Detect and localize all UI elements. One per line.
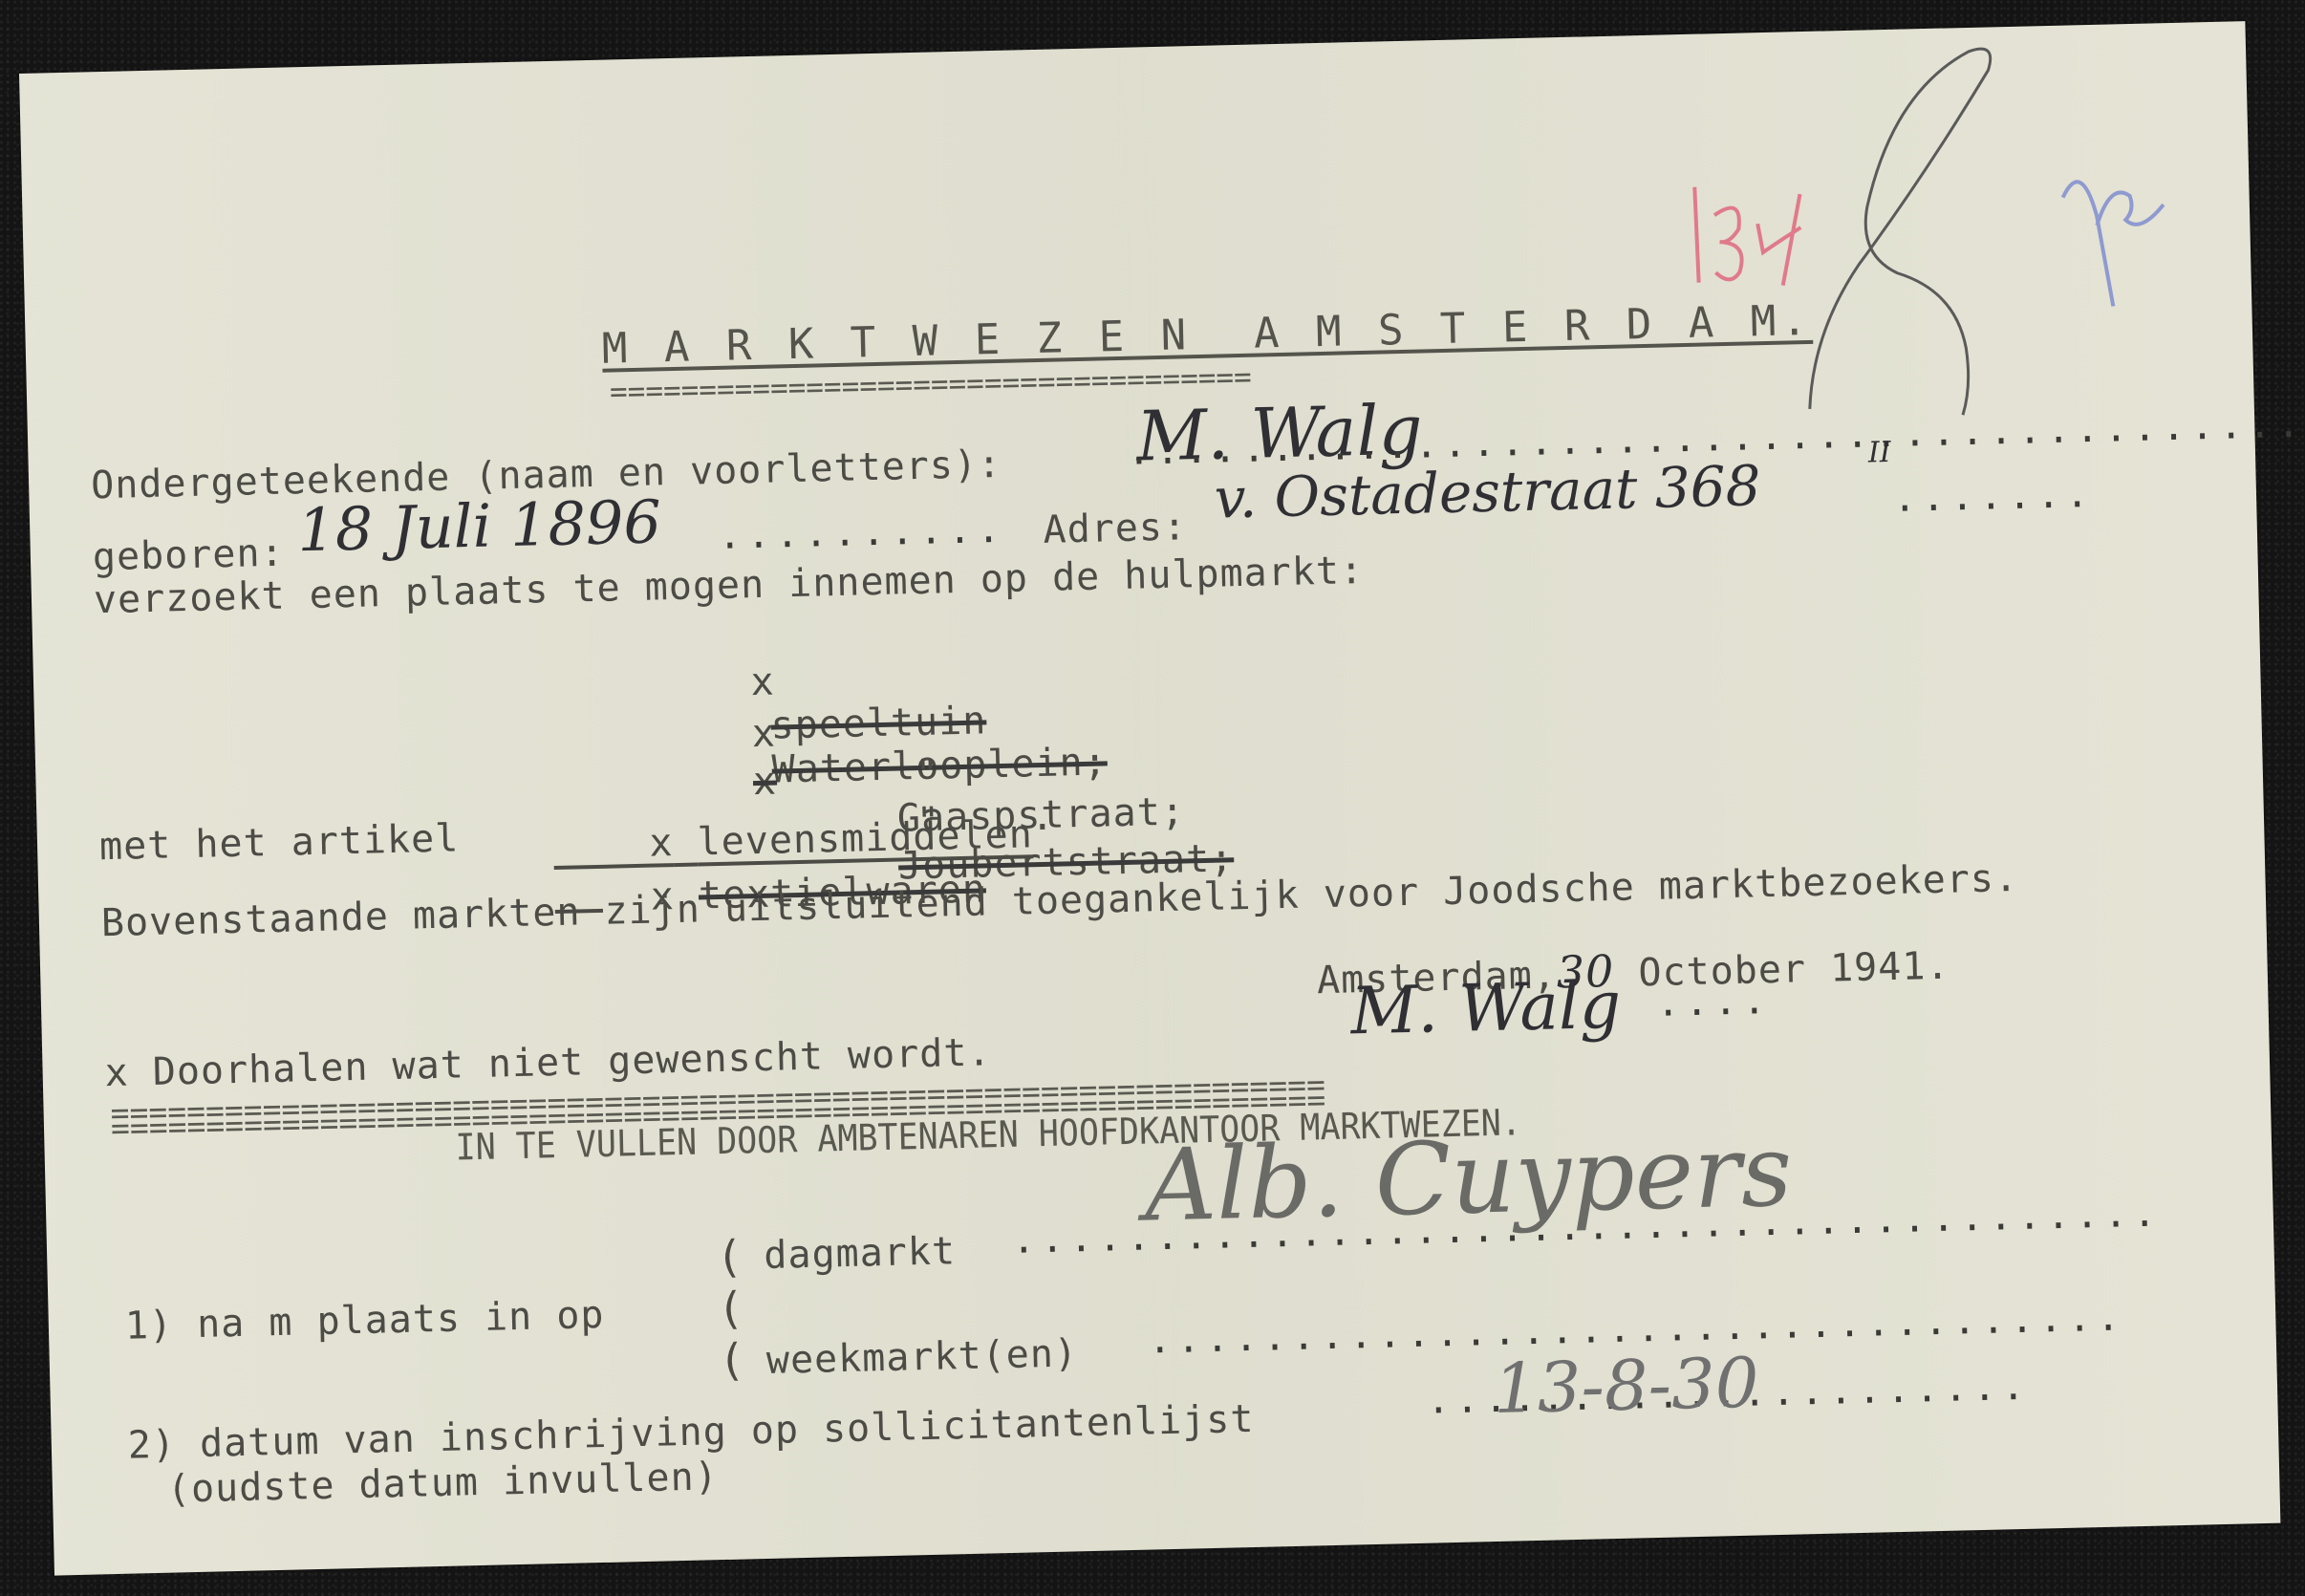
address-label: Adres:: [1043, 505, 1188, 552]
born-value: 18 Juli 1896: [296, 486, 661, 565]
pencil-loop-mark: [1787, 40, 2044, 419]
address-value: v. Ostadestraat 368: [1214, 453, 1761, 530]
article-period: .: [1030, 795, 1055, 840]
brace-open-3: (: [718, 1333, 746, 1386]
item2-date-value: 13-8-30: [1493, 1343, 1760, 1430]
address-dotted-leader: .......: [1892, 472, 2095, 521]
article-label: met het artikel: [99, 816, 460, 869]
address-floor-suffix: II: [1867, 436, 1891, 470]
market-permit-card: M A R K T W E Z E N A M S T E R D A M. =…: [19, 21, 2280, 1575]
signature-dotted-leader: ....: [1656, 979, 1772, 1025]
applicant-signature: M. Walg: [1350, 968, 1622, 1050]
brace-open-1: (: [716, 1230, 744, 1283]
born-dotted-leader: ..........: [718, 507, 1006, 558]
option-weekmarkt: weekmarkt(en): [765, 1331, 1078, 1383]
blue-pencil-mark: [2057, 156, 2195, 312]
brace-open-2: (: [717, 1282, 745, 1334]
item1-label: 1) na m plaats in op: [124, 1293, 605, 1348]
option-dagmarkt: dagmarkt: [764, 1229, 957, 1278]
born-label: geboren:: [92, 531, 285, 580]
